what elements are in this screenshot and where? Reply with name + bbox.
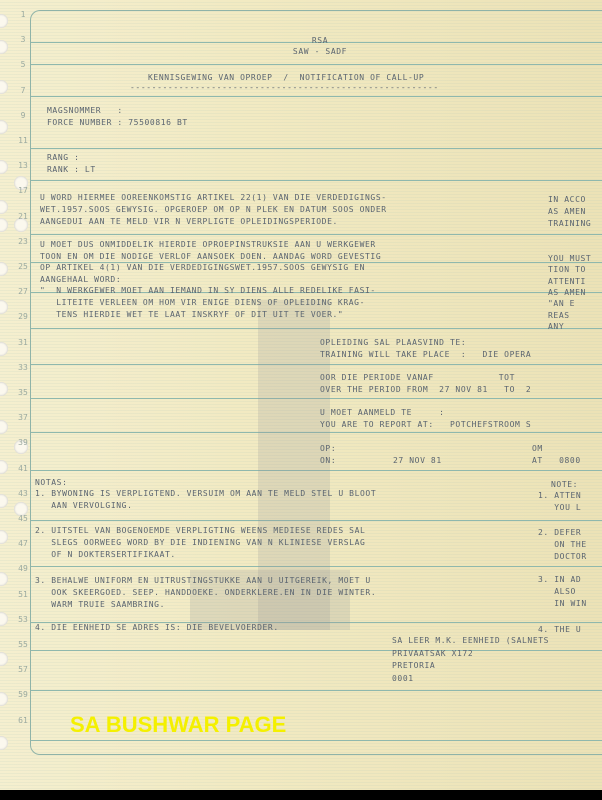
text-line: ANY bbox=[548, 322, 564, 331]
line-number: 49 bbox=[17, 564, 29, 573]
punch-hole bbox=[0, 14, 8, 28]
text-line: SA LEER M.K. EENHEID (SALNETS bbox=[392, 636, 549, 645]
title-underline: ----------------------------------------… bbox=[130, 83, 439, 92]
text-line: ON THE bbox=[538, 540, 587, 549]
rank: RANK : LT bbox=[47, 165, 96, 174]
form-rule bbox=[31, 64, 602, 65]
punch-hole bbox=[0, 692, 8, 706]
line-number: 37 bbox=[17, 413, 29, 422]
period-label-af: OOR DIE PERIODE VANAF TOT bbox=[320, 373, 515, 382]
line-number: 55 bbox=[17, 640, 29, 649]
form-rule bbox=[31, 740, 602, 741]
punch-hole bbox=[0, 612, 8, 626]
line-number: 33 bbox=[17, 363, 29, 372]
line-number: 21 bbox=[17, 212, 29, 221]
line-number: 25 bbox=[17, 262, 29, 271]
punch-hole bbox=[0, 530, 8, 544]
punch-hole bbox=[0, 160, 8, 174]
line-number: 29 bbox=[17, 312, 29, 321]
text-line: OOK SKEERGOED. SEEP. HANDDOEKE. ONDERKLE… bbox=[35, 588, 376, 597]
rank-label-af: RANG : bbox=[47, 153, 80, 162]
line-number: 9 bbox=[17, 111, 29, 120]
force-number-label-af: MAGSNOMMER : bbox=[47, 106, 123, 115]
text-line: 1. ATTEN bbox=[538, 491, 581, 500]
on-label-en: ON: bbox=[320, 456, 336, 465]
training-period: OVER THE PERIOD FROM 27 NOV 81 TO 2 bbox=[320, 385, 531, 394]
text-line: AS AMEN bbox=[548, 207, 586, 216]
line-number: 5 bbox=[17, 60, 29, 69]
report-time: AT 0800 bbox=[532, 456, 581, 465]
on-label-af: OP: bbox=[320, 444, 336, 453]
line-number: 13 bbox=[17, 161, 29, 170]
text-line: IN ACCO bbox=[548, 195, 586, 204]
text-line: 2. DEFER bbox=[538, 528, 581, 537]
text-line: 1. BYWONING IS VERPLIGTEND. VERSUIM OM A… bbox=[35, 489, 376, 498]
punch-hole bbox=[0, 120, 8, 134]
training-place: TRAINING WILL TAKE PLACE : DIE OPERA bbox=[320, 350, 531, 359]
page-title: KENNISGEWING VAN OPROEP / NOTIFICATION O… bbox=[148, 73, 424, 82]
text-line: 0001 bbox=[392, 674, 414, 683]
form-rule bbox=[31, 650, 602, 651]
text-line: U WORD HIERMEE OOREENKOMSTIG ARTIKEL 22(… bbox=[40, 193, 387, 202]
text-line: LITEITE VERLEEN OM HOM VIR ENIGE DIENS O… bbox=[40, 298, 365, 307]
punch-hole bbox=[0, 200, 8, 214]
at-label-af: OM bbox=[532, 444, 543, 453]
text-line: AAN VERVOLGING. bbox=[35, 501, 133, 510]
line-number: 53 bbox=[17, 615, 29, 624]
punch-hole bbox=[0, 420, 8, 434]
line-number: 51 bbox=[17, 590, 29, 599]
document-paper: 1357911131721232527293133353739414345474… bbox=[0, 0, 602, 790]
form-rule bbox=[31, 180, 602, 181]
header-rsa: RSA bbox=[0, 36, 602, 45]
line-number: 11 bbox=[17, 136, 29, 145]
line-number: 39 bbox=[17, 438, 29, 447]
header-sadf: SAW - SADF bbox=[0, 47, 602, 56]
punch-hole bbox=[0, 218, 8, 232]
text-line: " N WERKGEWER MOET AAN IEMAND IN SY DIEN… bbox=[40, 286, 376, 295]
line-number: 31 bbox=[17, 338, 29, 347]
line-number: 23 bbox=[17, 237, 29, 246]
punch-hole bbox=[0, 262, 8, 276]
text-line: ATTENTI bbox=[548, 277, 586, 286]
punch-hole bbox=[0, 572, 8, 586]
form-rule bbox=[31, 690, 602, 691]
text-line: 2. UITSTEL VAN BOGENOEMDE VERPLIGTING WE… bbox=[35, 526, 365, 535]
text-line: TRAINING bbox=[548, 219, 591, 228]
text-line: PRETORIA bbox=[392, 661, 435, 670]
notes-heading-af: NOTAS: bbox=[35, 478, 68, 487]
text-line: ALSO bbox=[538, 587, 576, 596]
text-line: YOU MUST bbox=[548, 254, 591, 263]
text-line: OP ARTIKEL 4(1) VAN DIE VERDEDIGINGSWET.… bbox=[40, 263, 365, 272]
notes-heading-en: NOTE: bbox=[551, 480, 578, 489]
punch-hole bbox=[0, 300, 8, 314]
report-location: YOU ARE TO REPORT AT: POTCHEFSTROOM S bbox=[320, 420, 531, 429]
text-line: 3. IN AD bbox=[538, 575, 581, 584]
text-line: YOU L bbox=[538, 503, 581, 512]
text-line: PRIVAATSAK X172 bbox=[392, 649, 473, 658]
text-line: OF N DOKTERSERTIFIKAAT. bbox=[35, 550, 176, 559]
line-number: 59 bbox=[17, 690, 29, 699]
text-line: DOCTOR bbox=[538, 552, 587, 561]
line-number: 1 bbox=[17, 10, 29, 19]
force-number: FORCE NUMBER : 75500816 BT bbox=[47, 118, 188, 127]
punch-hole bbox=[0, 342, 8, 356]
text-line: AANGEHAAL WORD: bbox=[40, 275, 121, 284]
text-line: TOON EN OM DIE NODIGE VERLOF AANSOEK DOE… bbox=[40, 252, 381, 261]
text-line: "AN E bbox=[548, 299, 575, 308]
text-line: U MOET DUS ONMIDDELIK HIERDIE OPROEPINST… bbox=[40, 240, 376, 249]
text-line: REAS bbox=[548, 311, 570, 320]
text-line: 4. THE U bbox=[538, 625, 581, 634]
punch-hole bbox=[0, 460, 8, 474]
watermark: SA BUSHWAR PAGE bbox=[70, 712, 286, 738]
text-line: 3. BEHALWE UNIFORM EN UITRUSTINGSTUKKE A… bbox=[35, 576, 371, 585]
text-line: IN WIN bbox=[538, 599, 587, 608]
line-number: 7 bbox=[17, 86, 29, 95]
punch-hole bbox=[0, 736, 8, 750]
line-number: 45 bbox=[17, 514, 29, 523]
training-place-label-af: OPLEIDING SAL PLAASVIND TE: bbox=[320, 338, 466, 347]
text-line: AANGEDUI AAN TE MELD VIR N VERPLIGTE OPL… bbox=[40, 217, 338, 226]
text-line: TENS HIERDIE WET TE LAAT INSKRYF OF DIT … bbox=[40, 310, 343, 319]
text-line: SLEGS OORWEEG WORD BY DIE INDIENING VAN … bbox=[35, 538, 365, 547]
line-number: 27 bbox=[17, 287, 29, 296]
text-line: TION TO bbox=[548, 265, 586, 274]
punch-hole bbox=[0, 382, 8, 396]
line-number: 17 bbox=[17, 186, 29, 195]
punch-hole bbox=[0, 652, 8, 666]
line-number: 35 bbox=[17, 388, 29, 397]
report-date: 27 NOV 81 bbox=[393, 456, 442, 465]
punch-hole bbox=[0, 80, 8, 94]
punch-hole bbox=[0, 494, 8, 508]
text-line: 4. DIE EENHEID SE ADRES IS: DIE BEVELVOE… bbox=[35, 623, 279, 632]
line-number: 47 bbox=[17, 539, 29, 548]
scan-edge bbox=[0, 790, 602, 800]
text-line: WET.1957.SOOS GEWYSIG. OPGEROEP OM OP N … bbox=[40, 205, 387, 214]
form-rule bbox=[31, 96, 602, 97]
line-number: 57 bbox=[17, 665, 29, 674]
line-number: 61 bbox=[17, 716, 29, 725]
text-line: AS AMEN bbox=[548, 288, 586, 297]
text-line: WARM TRUIE SAAMBRING. bbox=[35, 600, 165, 609]
line-number: 41 bbox=[17, 464, 29, 473]
line-number: 43 bbox=[17, 489, 29, 498]
form-rule bbox=[31, 234, 602, 235]
form-rule bbox=[31, 148, 602, 149]
report-label-af: U MOET AANMELD TE : bbox=[320, 408, 445, 417]
